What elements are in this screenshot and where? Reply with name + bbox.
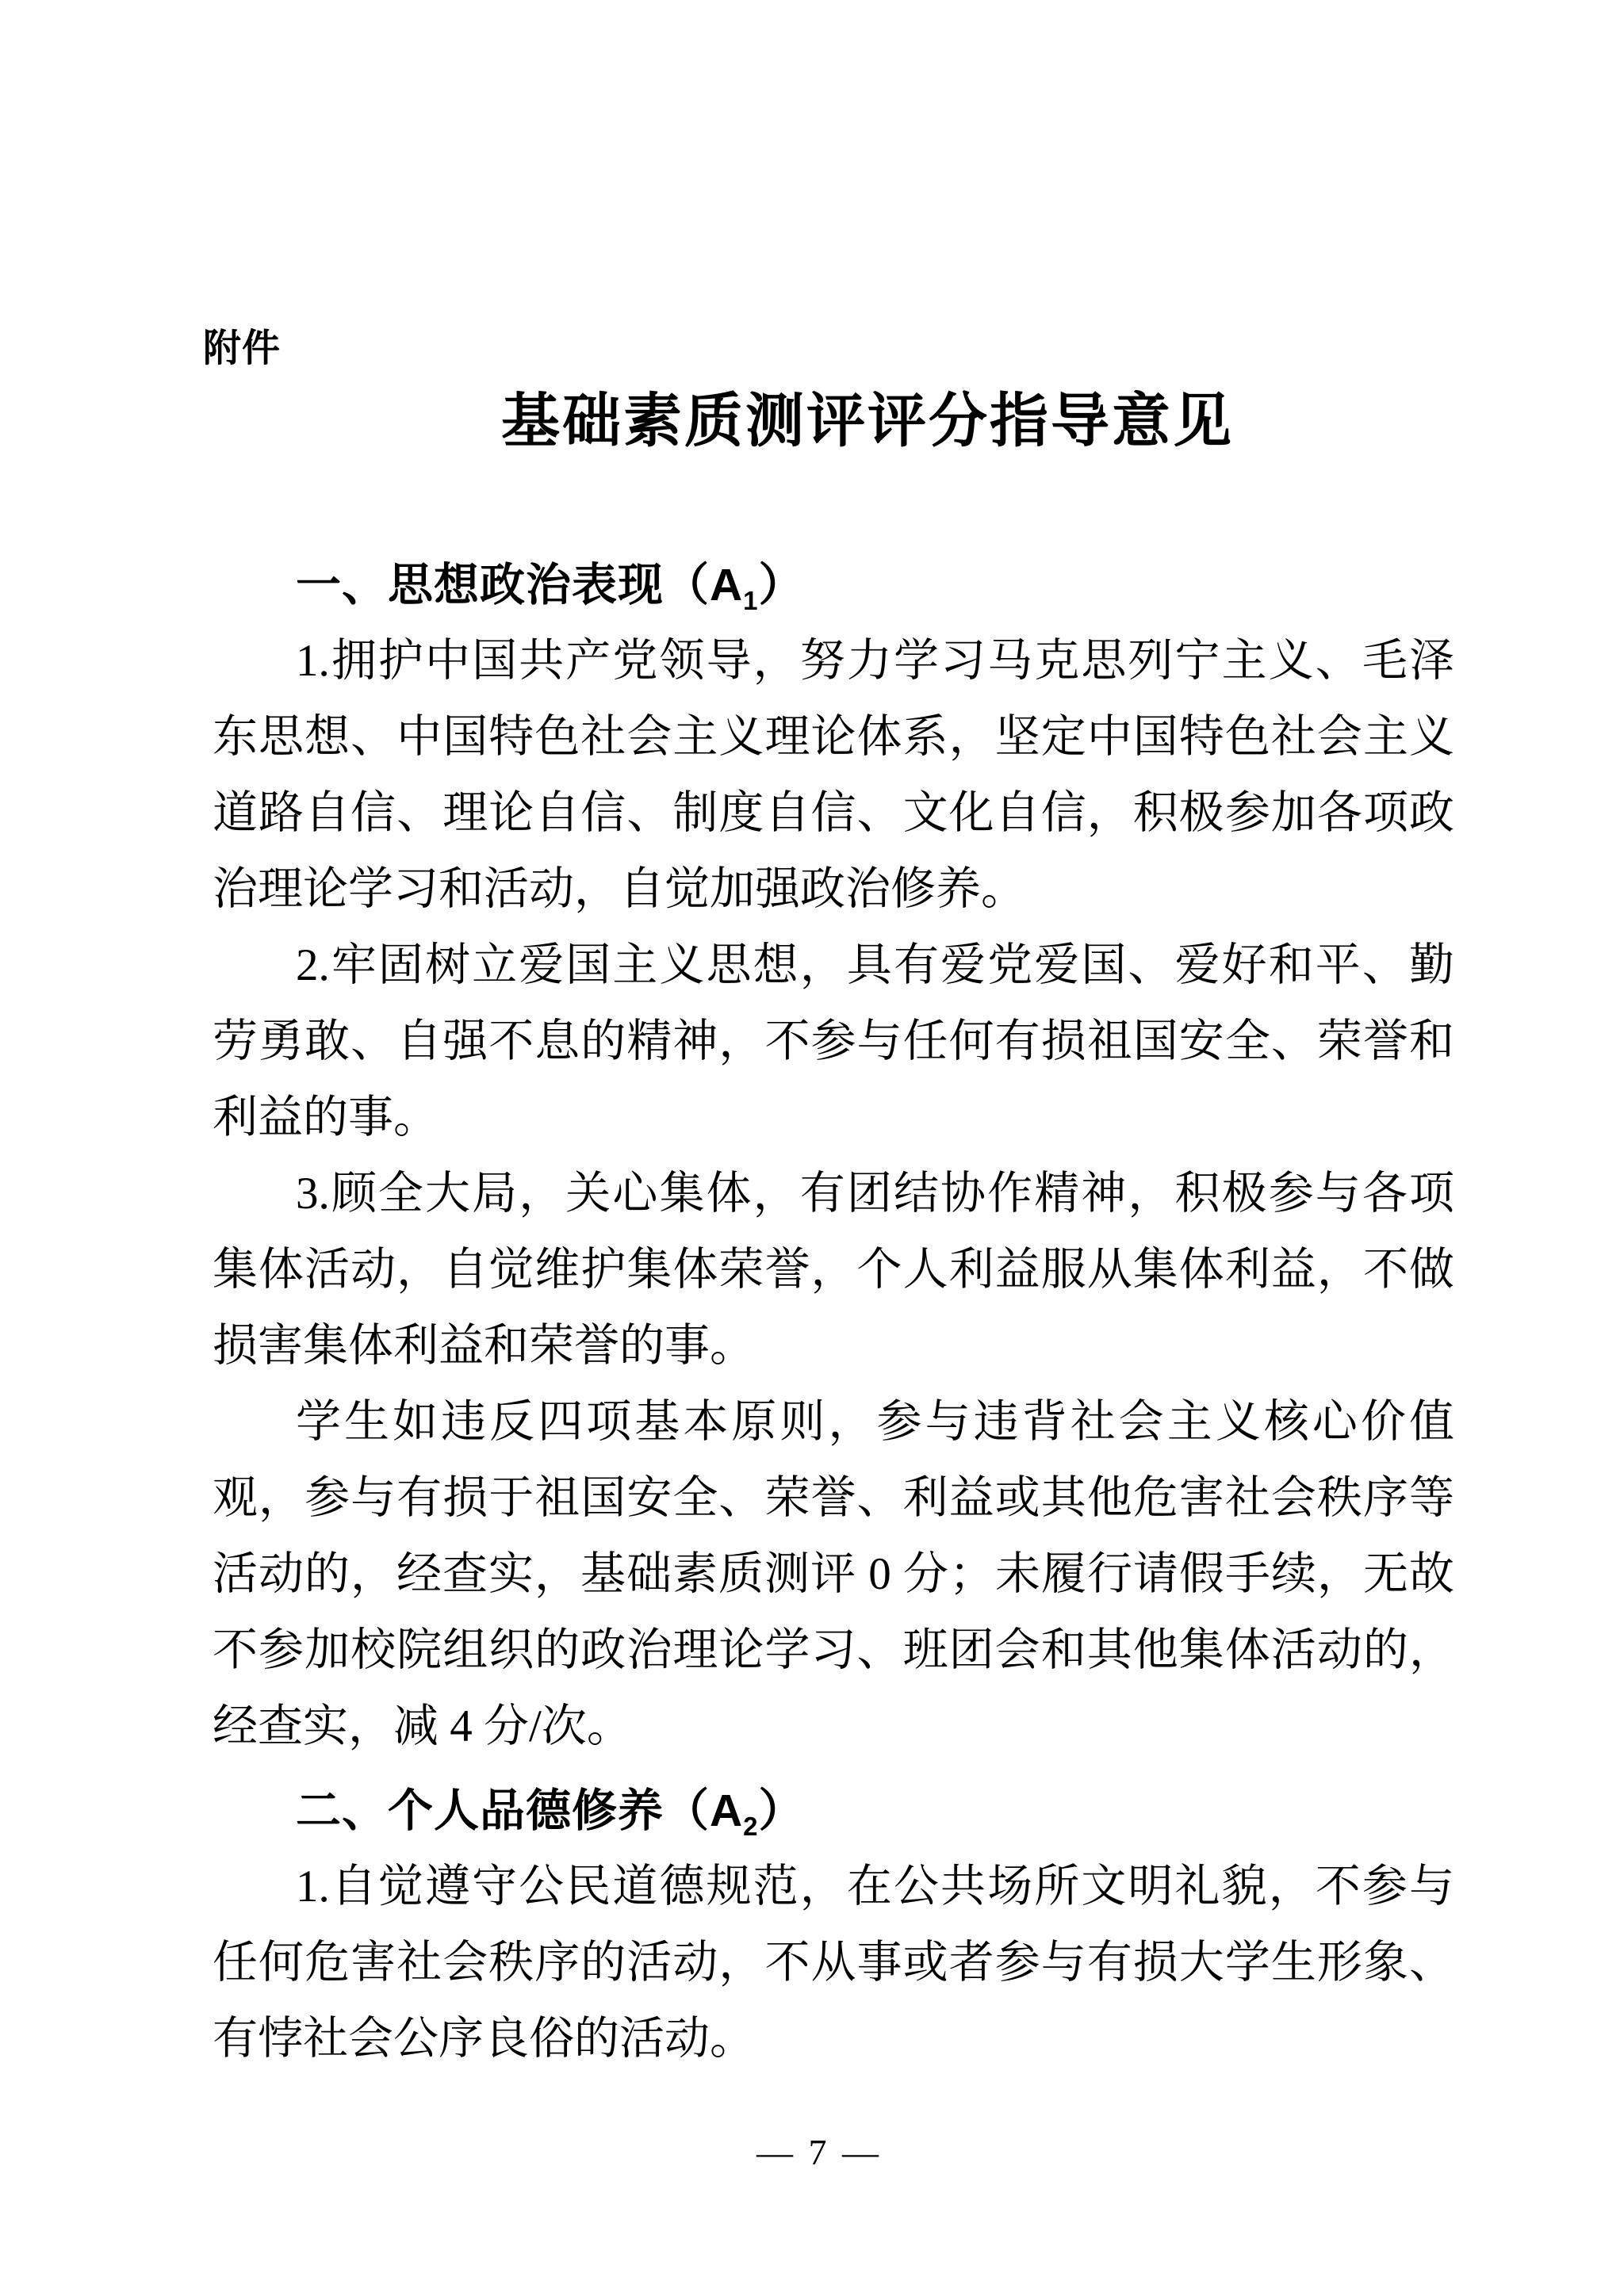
- section-2: 二、个人品德修养（A2） 1.自觉遵守公民道德规范，在公共场所文明礼貌，不参与任…: [213, 1773, 1454, 2077]
- page-title: 基础素质测评评分指导意见: [0, 388, 1624, 456]
- section-1-heading-code-open: （A: [664, 560, 743, 610]
- document-page: 附件 基础素质测评评分指导意见 一、思想政治表现（A1） 1.拥护中国共产党领导…: [0, 0, 1624, 2296]
- section-2-heading-code-close: ）: [759, 1785, 805, 1836]
- section-1-paragraph-3: 3.顾全大局，关心集体，有团结协作精神，积极参与各项集体活动，自觉维护集体荣誉，…: [213, 1156, 1454, 1384]
- section-1-heading: 一、思想政治表现（A1）: [213, 547, 1454, 623]
- section-1-paragraph-2: 2.牢固树立爱国主义思想，具有爱党爱国、爱好和平、勤劳勇敢、自强不息的精神，不参…: [213, 928, 1454, 1156]
- section-1-paragraph-1: 1.拥护中国共产党领导，努力学习马克思列宁主义、毛泽东思想、中国特色社会主义理论…: [213, 623, 1454, 928]
- document-content: 一、思想政治表现（A1） 1.拥护中国共产党领导，努力学习马克思列宁主义、毛泽东…: [213, 547, 1454, 2077]
- section-2-heading-text: 二、个人品德修养: [296, 1785, 664, 1836]
- section-2-paragraph-1: 1.自觉遵守公民道德规范，在公共场所文明礼貌，不参与任何危害社会秩序的活动，不从…: [213, 1849, 1454, 2077]
- section-1-heading-text: 一、思想政治表现: [296, 560, 664, 610]
- section-1: 一、思想政治表现（A1） 1.拥护中国共产党领导，努力学习马克思列宁主义、毛泽东…: [213, 547, 1454, 1765]
- attachment-label: 附件: [203, 328, 281, 370]
- section-1-paragraph-4: 学生如违反四项基本原则，参与违背社会主义核心价值观，参与有损于祖国安全、荣誉、利…: [213, 1384, 1454, 1765]
- section-1-heading-code-close: ）: [759, 560, 805, 610]
- page-number: — 7 —: [0, 2133, 1624, 2173]
- section-2-heading-code-subscript: 2: [743, 1812, 758, 1841]
- section-2-heading: 二、个人品德修养（A2）: [213, 1773, 1454, 1849]
- section-2-heading-code-open: （A: [664, 1785, 743, 1836]
- section-1-heading-code-subscript: 1: [743, 586, 758, 615]
